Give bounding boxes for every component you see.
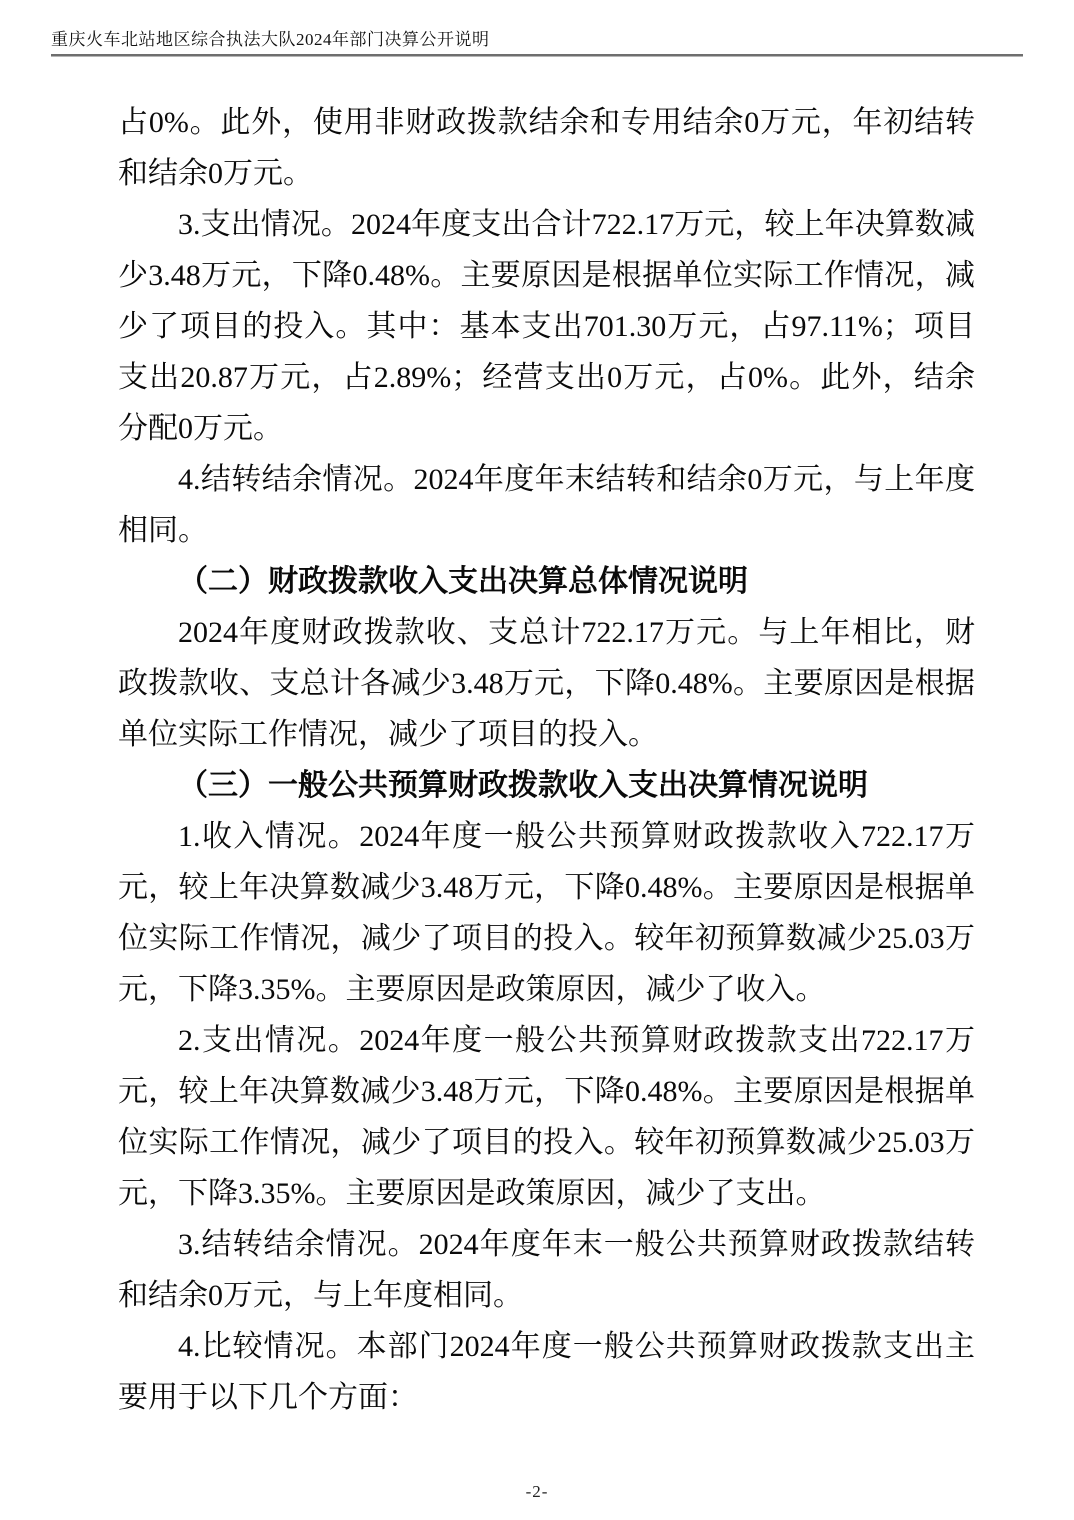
section-heading: （三）一般公共预算财政拨款收入支出决算情况说明	[118, 760, 975, 811]
page-footer: -2-	[0, 1482, 1074, 1502]
page-number: -2-	[526, 1482, 549, 1501]
paragraph: 3.支出情况。2024年度支出合计722.17万元，较上年决算数减少3.48万元…	[118, 199, 975, 454]
paragraph: 2024年度财政拨款收、支总计722.17万元。与上年相比，财政拨款收、支总计各…	[118, 607, 975, 760]
paragraph: 4.比较情况。本部门2024年度一般公共预算财政拨款支出主要用于以下几个方面：	[118, 1321, 975, 1423]
paragraph: 4.结转结余情况。2024年度年末结转和结余0万元，与上年度相同。	[118, 454, 975, 556]
section-heading: （二）财政拨款收入支出决算总体情况说明	[118, 556, 975, 607]
paragraph: 1.收入情况。2024年度一般公共预算财政拨款收入722.17万元，较上年决算数…	[118, 811, 975, 1015]
document-page: 重庆火车北站地区综合执法大队2024年部门决算公开说明 占0%。此外，使用非财政…	[0, 0, 1074, 1520]
paragraph: 3.结转结余情况。2024年度年末一般公共预算财政拨款结转和结余0万元，与上年度…	[118, 1219, 975, 1321]
paragraph: 占0%。此外，使用非财政拨款结余和专用结余0万元，年初结转和结余0万元。	[118, 97, 975, 199]
document-body: 占0%。此外，使用非财政拨款结余和专用结余0万元，年初结转和结余0万元。3.支出…	[118, 97, 975, 1423]
paragraph: 2.支出情况。2024年度一般公共预算财政拨款支出722.17万元，较上年决算数…	[118, 1015, 975, 1219]
page-header: 重庆火车北站地区综合执法大队2024年部门决算公开说明	[51, 30, 1023, 57]
header-title: 重庆火车北站地区综合执法大队2024年部门决算公开说明	[51, 30, 1023, 50]
header-rule	[51, 54, 1023, 57]
